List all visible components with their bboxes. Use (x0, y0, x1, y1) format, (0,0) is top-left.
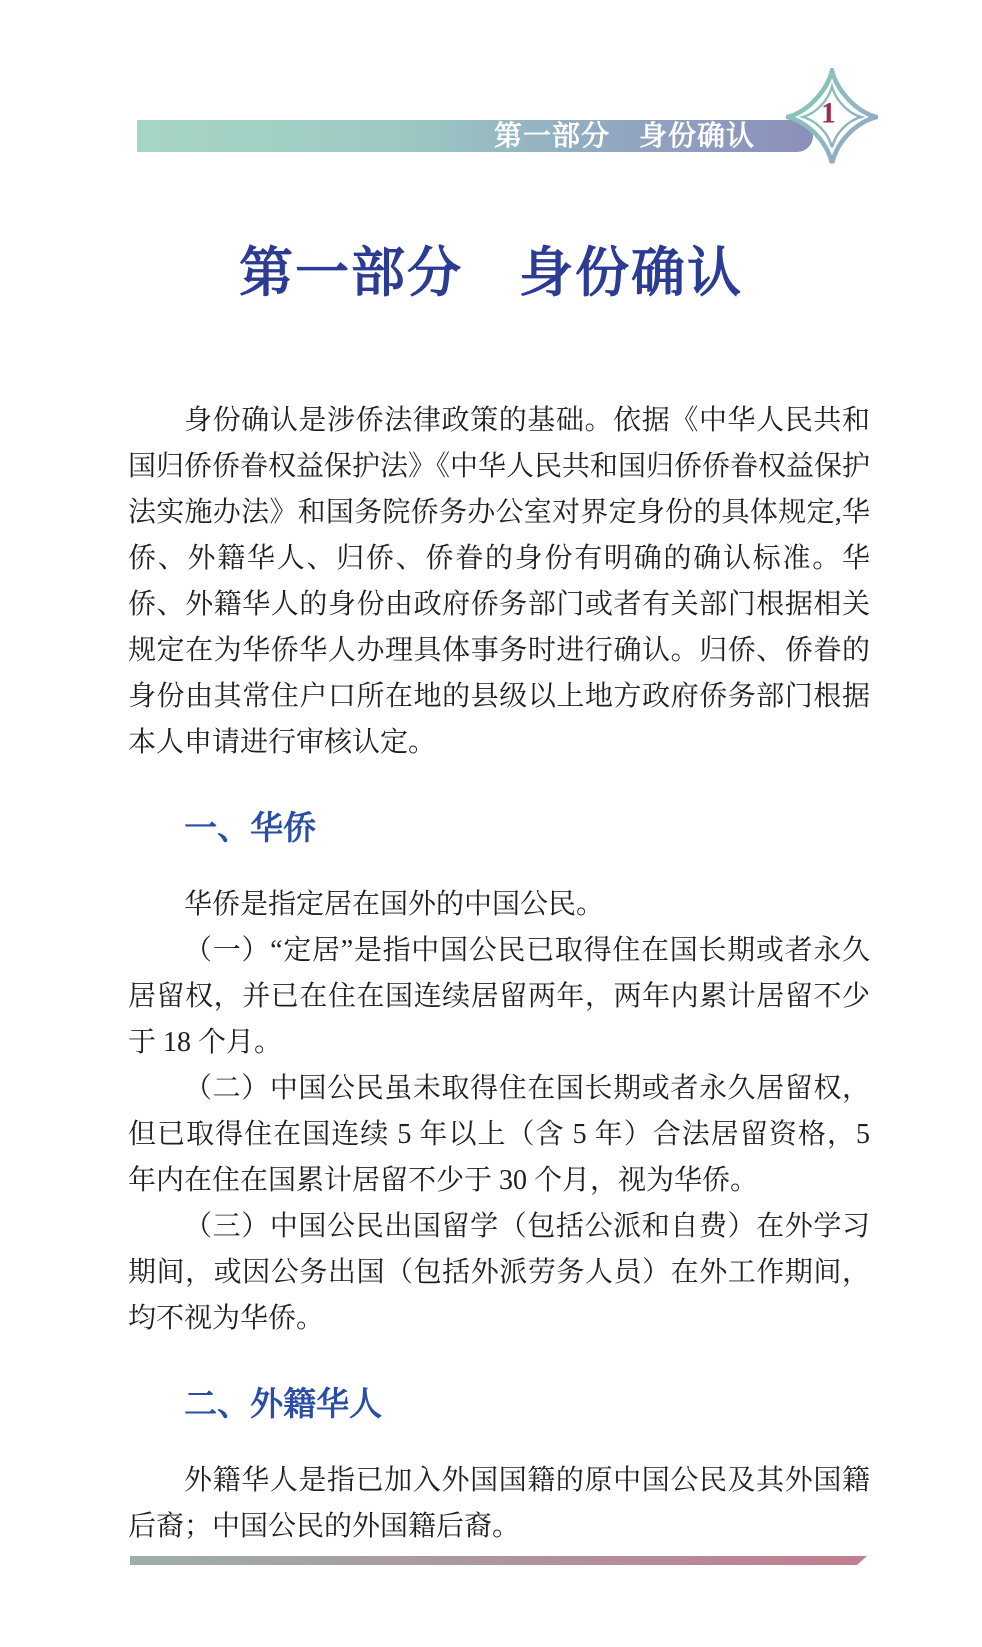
section-heading-foreign-chinese: 二、外籍华人 (128, 1384, 870, 1424)
body-paragraph: 外籍华人是指已加入外国国籍的原中国公民及其外国籍后裔；中国公民的外国籍后裔。 (128, 1458, 870, 1550)
footer-rule (130, 1556, 867, 1565)
page-title: 第一部分 身份确认 (0, 230, 982, 307)
document-page: 第一部分 身份确认 1 第一部分 身份确认 身份确认是涉侨法律政策的基础。依据《… (0, 0, 982, 1647)
page-number: 1 (821, 98, 836, 130)
diamond-badge-icon: 1 (786, 68, 878, 166)
body-paragraph: 华侨是指定居在国外的中国公民。 (128, 882, 870, 928)
body-paragraph: （一）“定居”是指中国公民已取得住在国长期或者永久居留权，并已在住在国连续居留两… (128, 928, 870, 1066)
body-paragraph: （二）中国公民虽未取得住在国长期或者永久居留权，但已取得住在国连续 5 年以上（… (128, 1066, 870, 1204)
running-header-text: 第一部分 身份确认 (494, 120, 755, 152)
running-header-strip: 第一部分 身份确认 (137, 120, 813, 152)
intro-paragraph: 身份确认是涉侨法律政策的基础。依据《中华人民共和国归侨侨眷权益保护法》《中华人民… (128, 398, 870, 766)
section-heading-huaqiao: 一、华侨 (128, 808, 870, 848)
document-body: 身份确认是涉侨法律政策的基础。依据《中华人民共和国归侨侨眷权益保护法》《中华人民… (128, 398, 870, 1550)
page-number-badge: 1 (786, 68, 878, 166)
body-paragraph: （三）中国公民出国留学（包括公派和自费）在外学习期间，或因公务出国（包括外派劳务… (128, 1204, 870, 1342)
